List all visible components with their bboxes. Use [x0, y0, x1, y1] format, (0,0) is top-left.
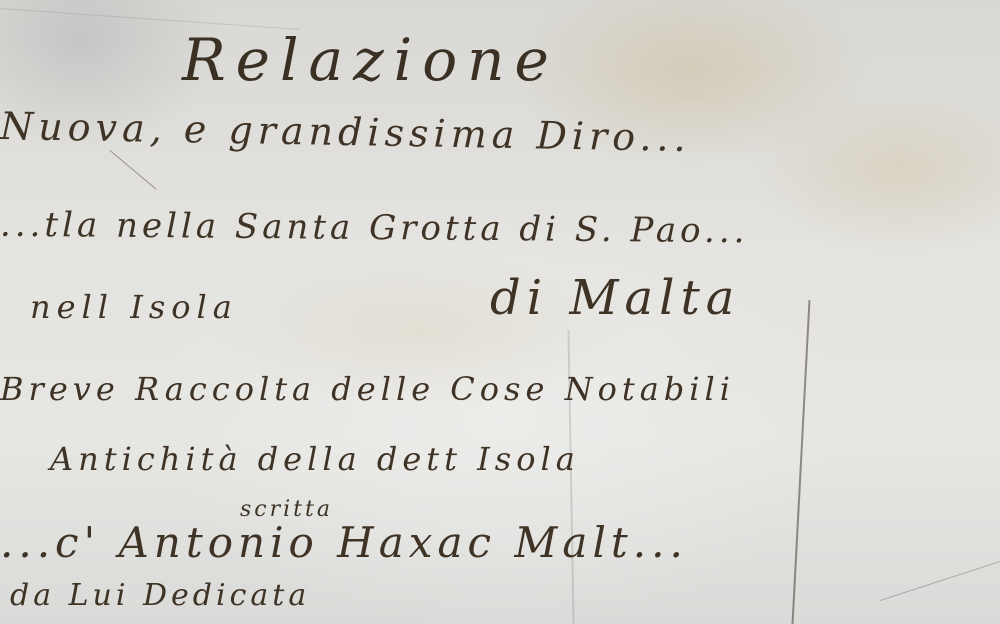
manuscript-line-2: ...tla nella Santa Grotta di S. Pao...: [0, 205, 749, 252]
manuscript-line-5: Antichità della dett Isola: [50, 440, 580, 478]
document-title: Relazione: [182, 26, 559, 94]
manuscript-line-author: ...c' Antonio Haxac Malt...: [0, 518, 688, 567]
manuscript-line-malta: di Malta: [490, 270, 740, 326]
manuscript-line-dedication: da Lui Dedicata: [10, 578, 310, 613]
manuscript-line-4: Breve Raccolta delle Cose Notabili: [0, 370, 735, 408]
manuscript-line-3: nell Isola: [30, 288, 238, 326]
